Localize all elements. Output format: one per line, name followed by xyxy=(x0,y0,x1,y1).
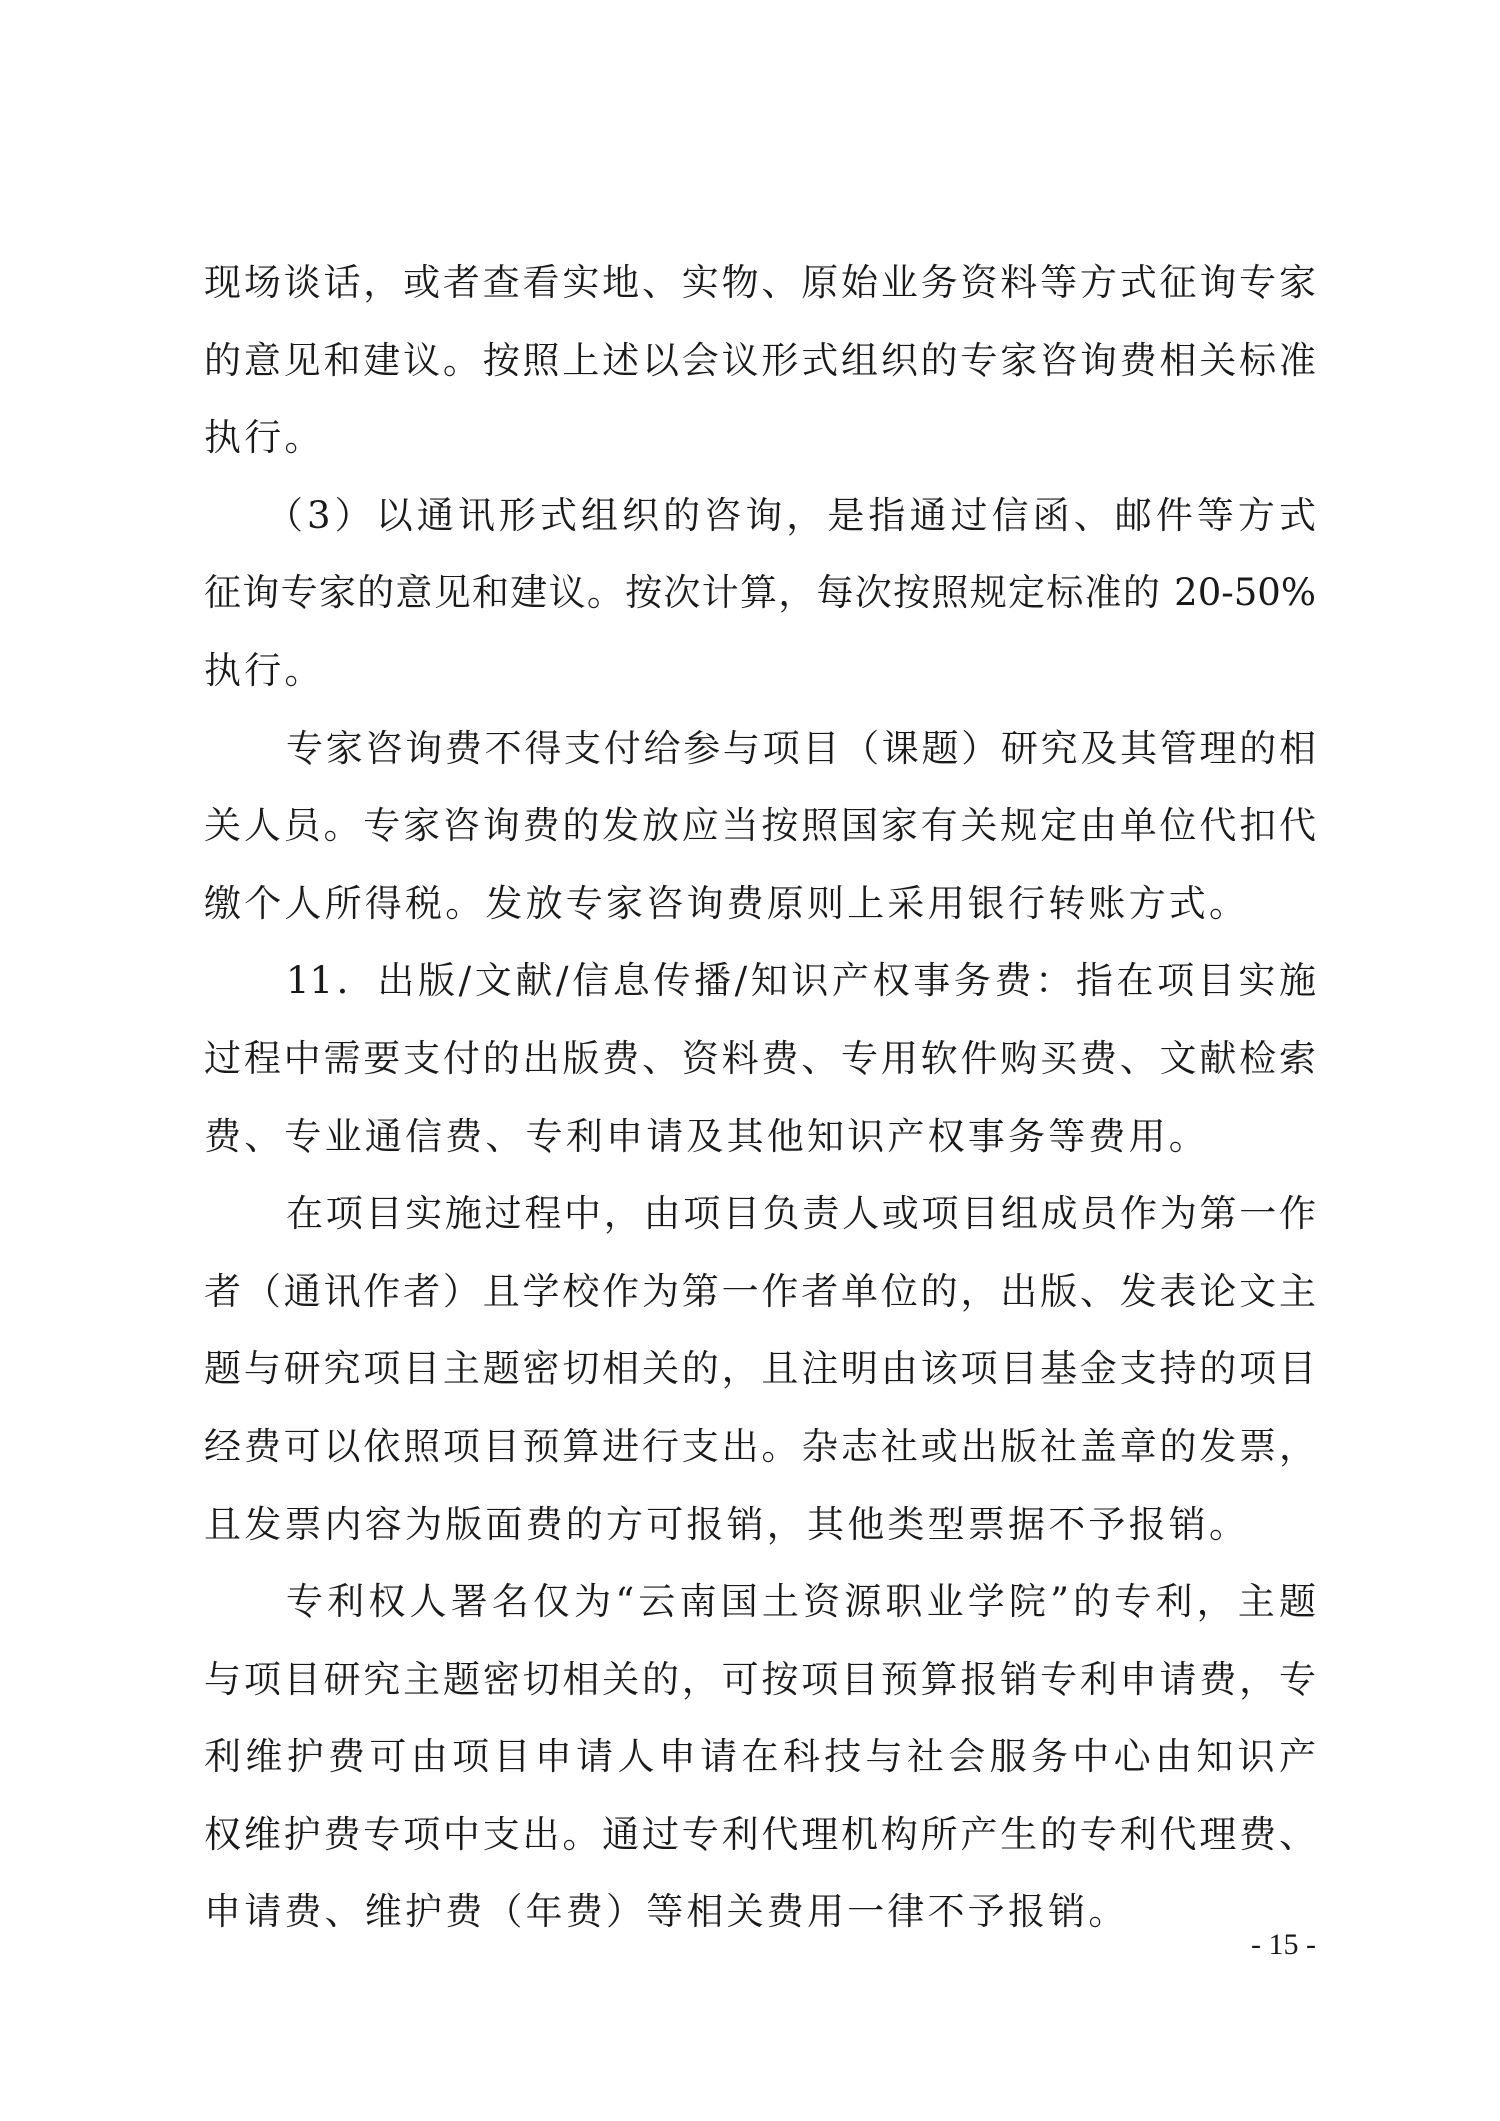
paragraph-consultation-by-correspondence: （3）以通讯形式组织的咨询，是指通过信函、邮件等方式 征询专家的意见和建议。按次… xyxy=(204,486,1316,719)
text-line: 与项目研究主题密切相关的，可按项目预算报销专利申请费，专 xyxy=(204,1650,1316,1728)
text-line: 在项目实施过程中，由项目负责人或项目组成员作为第一作 xyxy=(204,1184,1316,1262)
text-line: （3）以通讯形式组织的咨询，是指通过信函、邮件等方式 xyxy=(204,486,1316,564)
text-line: 专利权人署名仅为“云南国土资源职业学院”的专利，主题 xyxy=(204,1572,1316,1650)
paragraph-patent-reimbursement: 专利权人署名仅为“云南国土资源职业学院”的专利，主题 与项目研究主题密切相关的，… xyxy=(204,1572,1316,1960)
text-line: 费、专业通信费、专利申请及其他知识产权事务等费用。 xyxy=(204,1107,1316,1185)
text-line: 且发票内容为版面费的方可报销，其他类型票据不予报销。 xyxy=(204,1495,1316,1573)
text-line: 关人员。专家咨询费的发放应当按照国家有关规定由单位代扣代 xyxy=(204,796,1316,874)
document-page: 现场谈话，或者查看实地、实物、原始业务资料等方式征询专家 的意见和建议。按照上述… xyxy=(0,0,1500,2121)
paragraph-expert-consultation-onsite: 现场谈话，或者查看实地、实物、原始业务资料等方式征询专家 的意见和建议。按照上述… xyxy=(204,253,1316,486)
paragraph-paper-publication-reimbursement: 在项目实施过程中，由项目负责人或项目组成员作为第一作 者（通讯作者）且学校作为第… xyxy=(204,1184,1316,1572)
page-number: - 15 - xyxy=(1200,1928,1316,1962)
text-line: 专家咨询费不得支付给参与项目（课题）研究及其管理的相 xyxy=(204,719,1316,797)
text-line: 过程中需要支付的出版费、资料费、专用软件购买费、文献检索 xyxy=(204,1029,1316,1107)
paragraph-consultation-fee-restrictions: 专家咨询费不得支付给参与项目（课题）研究及其管理的相 关人员。专家咨询费的发放应… xyxy=(204,719,1316,952)
text-line: 执行。 xyxy=(204,641,1316,719)
text-line: 缴个人所得税。发放专家咨询费原则上采用银行转账方式。 xyxy=(204,874,1316,952)
text-line: 题与研究项目主题密切相关的，且注明由该项目基金支持的项目 xyxy=(204,1339,1316,1417)
text-line: 现场谈话，或者查看实地、实物、原始业务资料等方式征询专家 xyxy=(204,253,1316,331)
text-line: 者（通讯作者）且学校作为第一作者单位的，出版、发表论文主 xyxy=(204,1262,1316,1340)
text-line: 申请费、维护费（年费）等相关费用一律不予报销。 xyxy=(204,1882,1316,1960)
text-line: 权维护费专项中支出。通过专利代理机构所产生的专利代理费、 xyxy=(204,1805,1316,1883)
text-line: 的意见和建议。按照上述以会议形式组织的专家咨询费相关标准 xyxy=(204,331,1316,409)
text-line: 征询专家的意见和建议。按次计算，每次按照规定标准的 20-50% xyxy=(204,563,1316,641)
document-body: 现场谈话，或者查看实地、实物、原始业务资料等方式征询专家 的意见和建议。按照上述… xyxy=(204,253,1316,1960)
section-heading-line: 11．出版/文献/信息传播/知识产权事务费：指在项目实施 xyxy=(204,951,1316,1029)
text-line: 利维护费可由项目申请人申请在科技与社会服务中心由知识产 xyxy=(204,1727,1316,1805)
text-line: 经费可以依照项目预算进行支出。杂志社或出版社盖章的发票， xyxy=(204,1417,1316,1495)
text-line: 执行。 xyxy=(204,408,1316,486)
paragraph-section-11-publication-fees: 11．出版/文献/信息传播/知识产权事务费：指在项目实施 过程中需要支付的出版费… xyxy=(204,951,1316,1184)
